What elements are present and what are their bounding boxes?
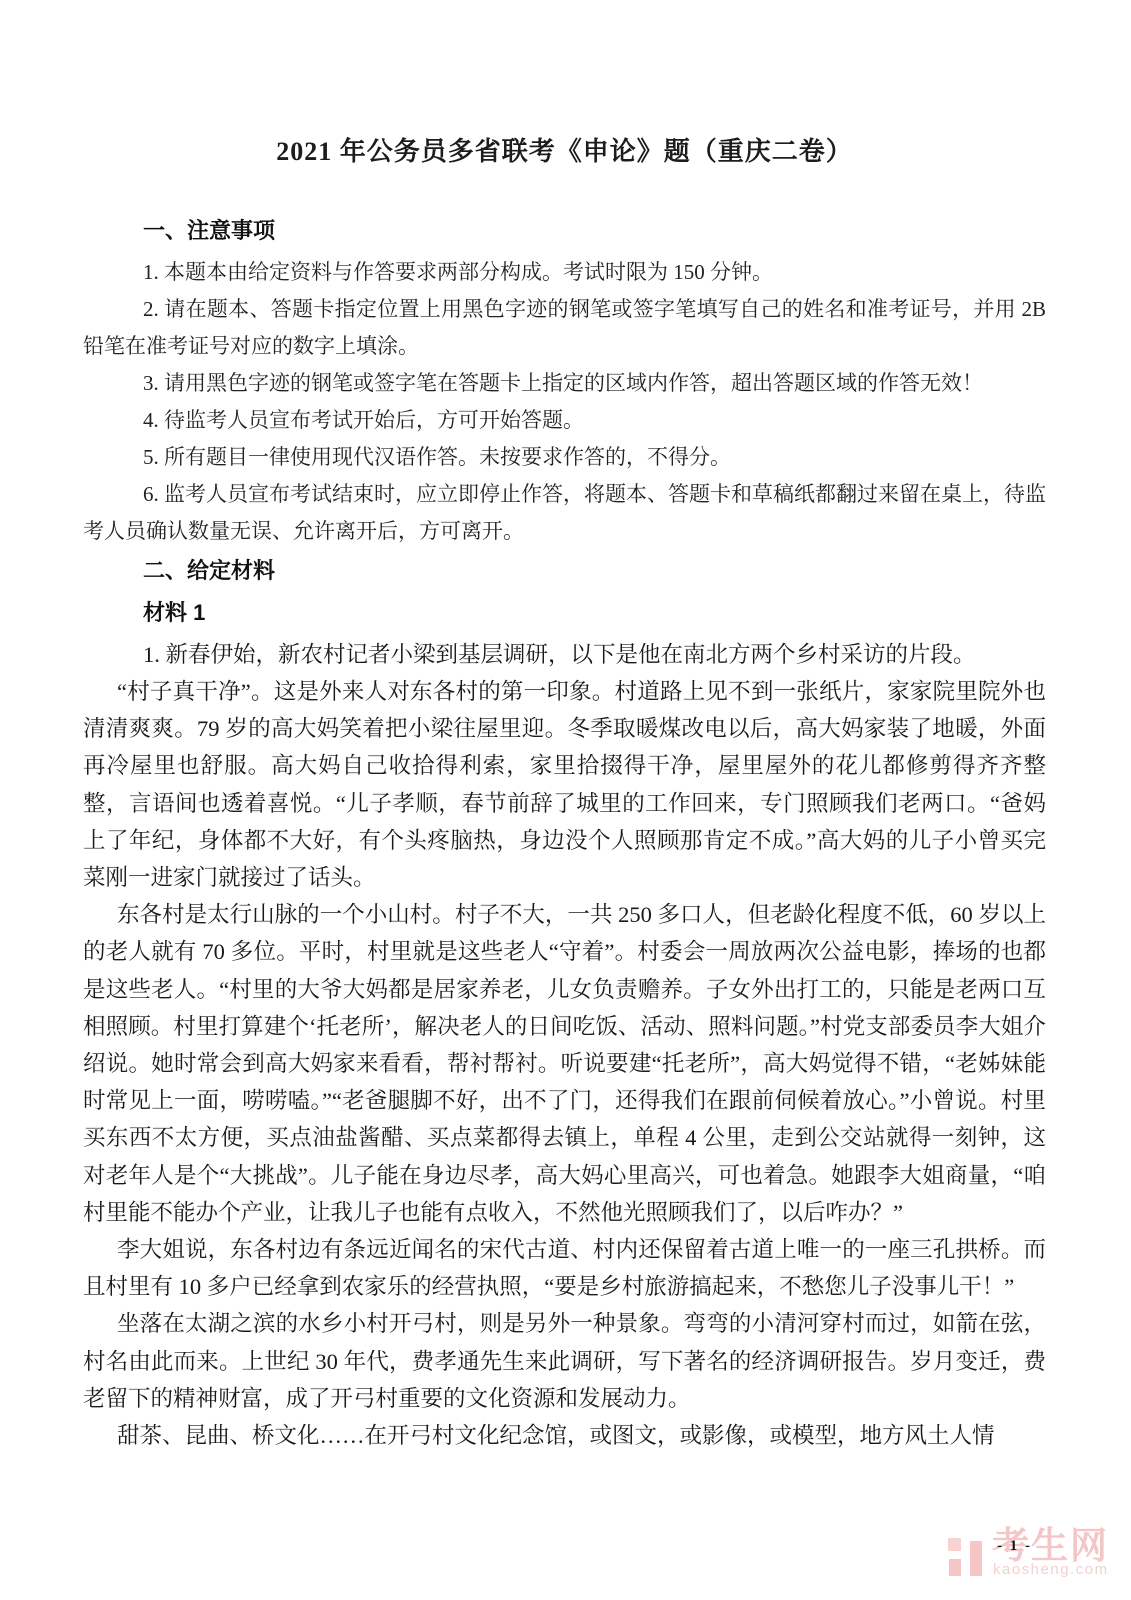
document-page: 2021 年公务员多省联考《申论》题（重庆二卷） 一、注意事项 1. 本题本由给…: [0, 0, 1131, 1600]
materials-section-heading: 二、给定材料: [83, 556, 1046, 586]
watermark-logo-icon: [948, 1538, 961, 1551]
watermark-logo-icon: [949, 1559, 961, 1576]
material-1-intro: 1. 新春伊始，新农村记者小梁到基层调研，以下是他在南北方两个乡村采访的片段。: [83, 636, 1046, 673]
notice-section-heading: 一、注意事项: [83, 216, 1046, 246]
notice-item-6: 6. 监考人员宣布考试结束时，应立即停止作答，将题本、答题卡和草稿纸都翻过来留在…: [83, 476, 1046, 550]
watermark-logo-icon: [970, 1541, 982, 1576]
watermark-site-domain: kaosheng.com: [993, 1561, 1109, 1578]
notice-item-4: 4. 待监考人员宣布考试开始后，方可开始答题。: [83, 402, 1046, 439]
material-1-paragraph: 东各村是太行山脉的一个小山村。村子不大，一共 250 多口人，但老龄化程度不低，…: [83, 896, 1046, 1231]
notice-item-1: 1. 本题本由给定资料与作答要求两部分构成。考试时限为 150 分钟。: [83, 254, 1046, 291]
document-title: 2021 年公务员多省联考《申论》题（重庆二卷）: [83, 132, 1046, 172]
material-1-paragraph: 甜茶、昆曲、桥文化……在开弓村文化纪念馆，或图文，或影像，或模型，地方风土人情: [83, 1417, 1046, 1454]
notice-item-3: 3. 请用黑色字迹的钢笔或签字笔在答题卡上指定的区域内作答，超出答题区域的作答无…: [83, 365, 1046, 402]
material-1-heading: 材料 1: [83, 598, 1046, 628]
page-number: - 1 -: [997, 1537, 1032, 1555]
material-1-paragraph: “村子真干净”。这是外来人对东各村的第一印象。村道路上见不到一张纸片，家家院里院…: [83, 673, 1046, 896]
material-1-paragraph: 李大姐说，东各村边有条远近闻名的宋代古道、村内还保留着古道上唯一的一座三孔拱桥。…: [83, 1231, 1046, 1305]
watermark-site-name: 考生网: [992, 1526, 1109, 1566]
notice-item-5: 5. 所有题目一律使用现代汉语作答。未按要求作答的，不得分。: [83, 439, 1046, 476]
material-1-paragraph: 坐落在太湖之滨的水乡小村开弓村，则是另外一种景象。弯弯的小清河穿村而过，如箭在弦…: [83, 1305, 1046, 1417]
notice-item-2: 2. 请在题本、答题卡指定位置上用黑色字迹的钢笔或签字笔填写自己的姓名和准考证号…: [83, 291, 1046, 365]
